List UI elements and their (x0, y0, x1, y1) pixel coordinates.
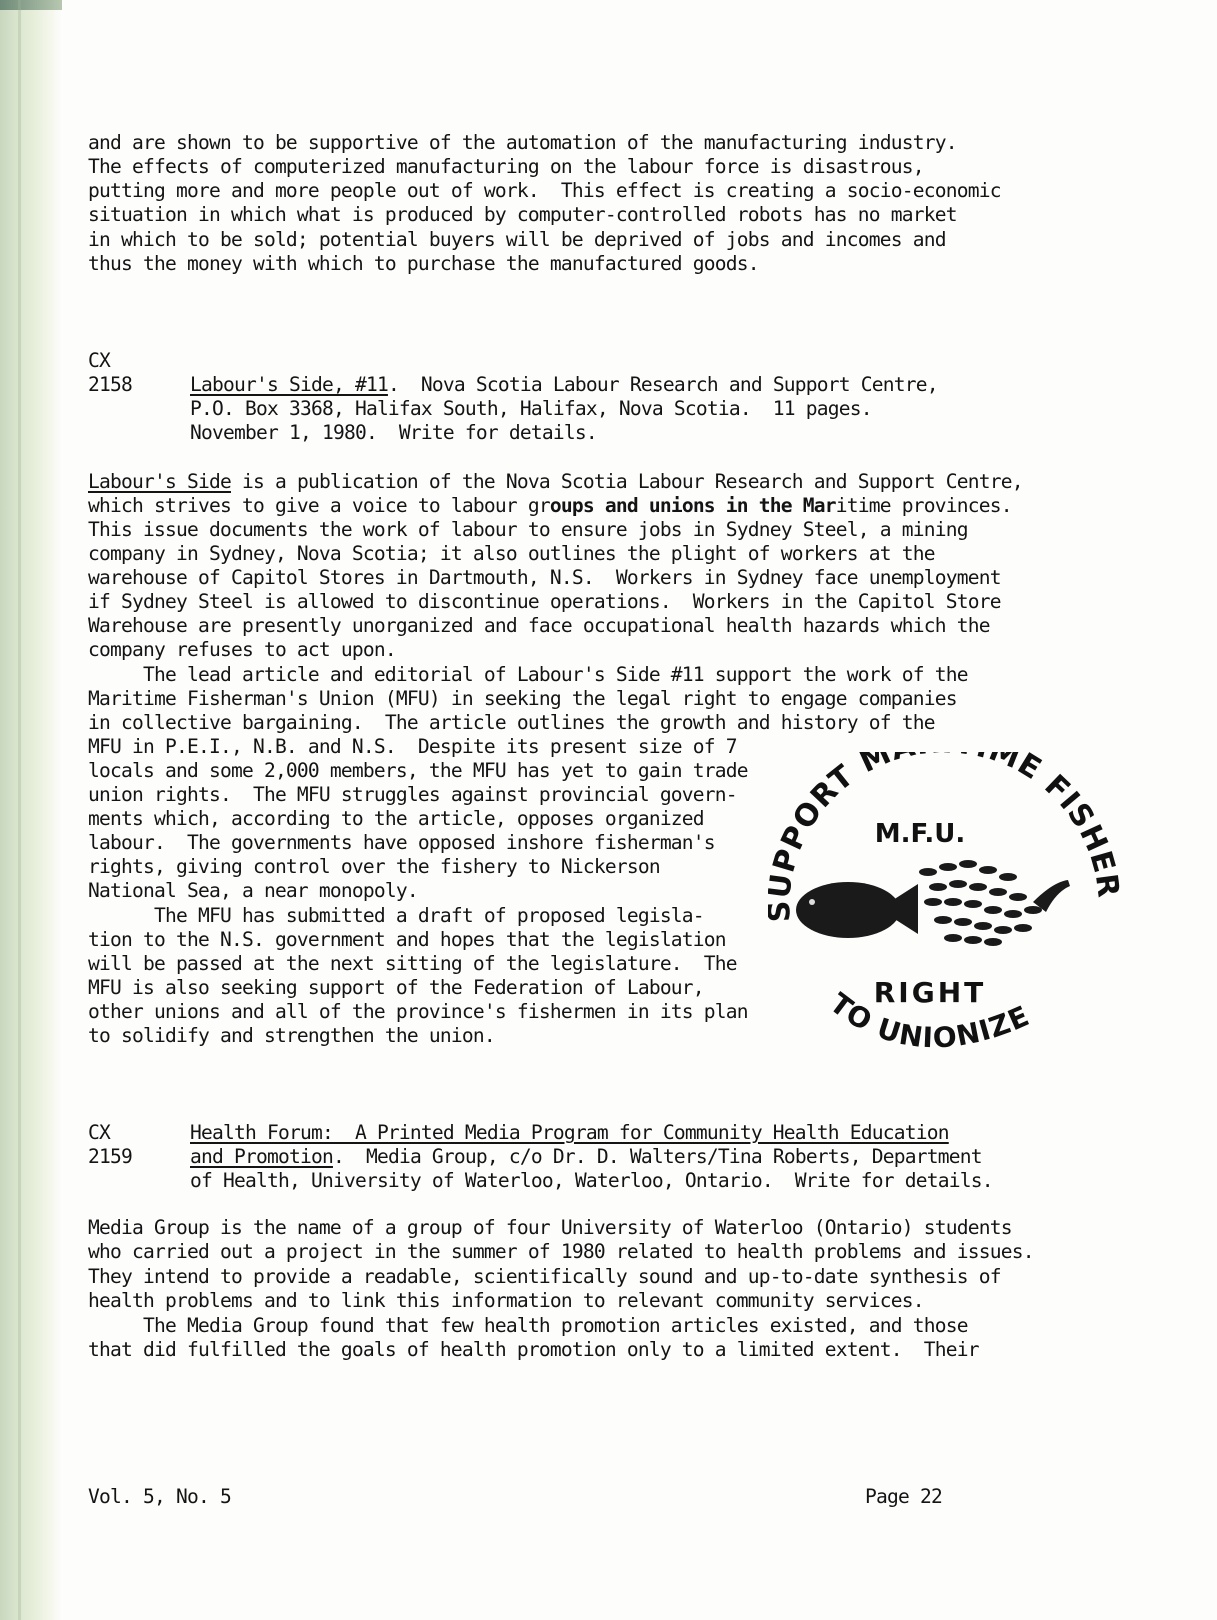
text-line: company refuses to act upon. (88, 638, 396, 662)
text-line: This issue documents the work of labour … (88, 518, 968, 542)
text-line: tion to the N.S. government and hopes th… (88, 928, 726, 952)
text-line: that did fulfilled the goals of health p… (88, 1338, 979, 1362)
entry-title: Health Forum: A Printed Media Program fo… (190, 1121, 949, 1145)
text-line: putting more and more people out of work… (88, 179, 1001, 203)
text-span-bold: oups and unions in the Mar (550, 494, 836, 517)
text-line: if Sydney Steel is allowed to discontinu… (88, 590, 1001, 614)
text-line: will be passed at the next sitting of th… (88, 952, 737, 976)
text-line: Maritime Fisherman's Union (MFU) in seek… (88, 687, 957, 711)
footer-volume: Vol. 5, No. 5 (88, 1485, 231, 1508)
entry-number: 2158 (88, 373, 132, 397)
entry-citation-line: P.O. Box 3368, Halifax South, Halifax, N… (190, 397, 872, 421)
seal-right-text: RIGHT (874, 976, 987, 1009)
text-line: locals and some 2,000 members, the MFU h… (88, 759, 748, 783)
entry-citation-line: and Promotion. Media Group, c/o Dr. D. W… (190, 1145, 982, 1169)
entry-number: 2159 (88, 1145, 132, 1169)
mfu-seal-illustration: SUPPORT MARITIME FISHERMEN'S M.F.U. RIGH… (768, 752, 1148, 1102)
text-line: and are shown to be supportive of the au… (88, 131, 957, 155)
text-line: labour. The governments have opposed ins… (88, 831, 715, 855)
text-line: union rights. The MFU struggles against … (88, 783, 737, 807)
text-line: Labour's Side is a publication of the No… (88, 470, 1023, 494)
text-line: The lead article and editorial of Labour… (88, 663, 968, 687)
text-line: The Media Group found that few health pr… (88, 1314, 968, 1338)
seal-center-text: M.F.U. (875, 819, 966, 849)
text-line: other unions and all of the province's f… (88, 1000, 748, 1024)
text-line: ments which, according to the article, o… (88, 807, 704, 831)
page-binding-edge (0, 0, 62, 1620)
text-line: health problems and to link this informa… (88, 1289, 924, 1313)
entry-title: Labour's Side, #11 (190, 373, 388, 396)
entry-citation-line: Labour's Side, #11. Nova Scotia Labour R… (190, 373, 938, 397)
text-line: in collective bargaining. The article ou… (88, 711, 935, 735)
text-line: Warehouse are presently unorganized and … (88, 614, 990, 638)
text-line: National Sea, a near monopoly. (88, 879, 418, 903)
text-line: in which to be sold; potential buyers wi… (88, 228, 946, 252)
text-line: MFU is also seeking support of the Feder… (88, 976, 704, 1000)
text-span: which strives to give a voice to labour … (88, 494, 550, 517)
text-line: MFU in P.E.I., N.B. and N.S. Despite its… (88, 735, 737, 759)
publication-title: Labour's Side (88, 470, 231, 493)
text-line: company in Sydney, Nova Scotia; it also … (88, 542, 935, 566)
text-line: warehouse of Capitol Stores in Dartmouth… (88, 566, 1001, 590)
text-line: situation in which what is produced by c… (88, 203, 957, 227)
fish-school-icon (796, 860, 1070, 946)
entry-citation-line: of Health, University of Waterloo, Water… (190, 1169, 993, 1193)
entry-citation-line: November 1, 1980. Write for details. (190, 421, 597, 445)
text-span: is a publication of the Nova Scotia Labo… (231, 470, 1023, 493)
citation-text: . Nova Scotia Labour Research and Suppor… (388, 373, 938, 396)
text-line: The effects of computerized manufacturin… (88, 155, 924, 179)
text-line: to solidify and strengthen the union. (88, 1024, 495, 1048)
text-span: itime provinces. (836, 494, 1012, 517)
text-line: rights, giving control over the fishery … (88, 855, 660, 879)
text-line: The MFU has submitted a draft of propose… (88, 904, 704, 928)
text-line: Media Group is the name of a group of fo… (88, 1216, 1012, 1240)
text-line: who carried out a project in the summer … (88, 1240, 1034, 1264)
text-line: They intend to provide a readable, scien… (88, 1265, 1001, 1289)
text-line: which strives to give a voice to labour … (88, 494, 1012, 518)
text-line: thus the money with which to purchase th… (88, 252, 759, 276)
footer-page-number: Page 22 (865, 1485, 942, 1508)
entry-code-prefix: CX (88, 1121, 110, 1145)
entry-code-prefix: CX (88, 349, 110, 373)
citation-text: . Media Group, c/o Dr. D. Walters/Tina R… (333, 1145, 982, 1168)
entry-title: and Promotion (190, 1145, 333, 1168)
